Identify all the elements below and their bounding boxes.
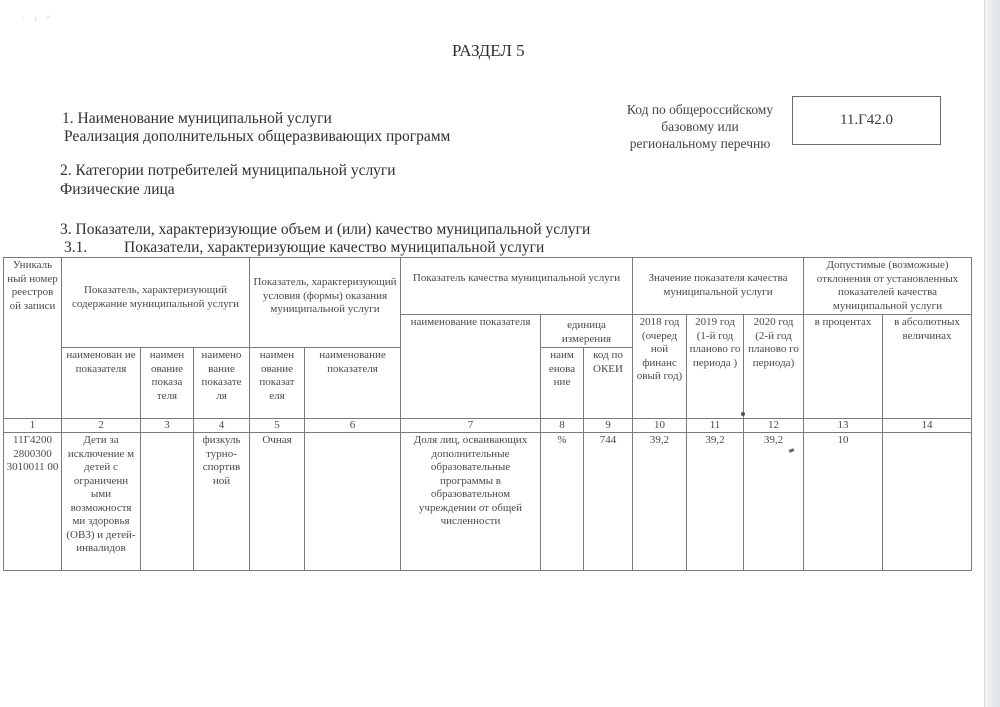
consumer-category: Физические лица [60, 181, 175, 199]
registry-code-label-line: региональному перечню [600, 135, 800, 152]
cell-unit: % [541, 433, 584, 571]
registry-code-label: Код по общероссийскому базовому или реги… [600, 101, 800, 152]
header-deviation-absolute: в абсолютных величинах [883, 315, 972, 419]
item2-heading: 2. Категории потребителей муниципальной … [60, 162, 396, 180]
header-deviation-percent: в процентах [804, 315, 883, 419]
header-condition-name-1: наимен ование показат еля [250, 348, 305, 419]
cell-value-2019: 39,2 [687, 433, 744, 571]
column-number: 1 [4, 419, 62, 433]
header-year-2020: 2020 год (2-й год планово го периода) [744, 315, 804, 419]
header-year-2018: 2018 год (очеред ной финанс овый год) [633, 315, 687, 419]
cell-deviation-percent: 10 [804, 433, 883, 571]
cell-value-2018: 39,2 [633, 433, 687, 571]
column-number: 9 [584, 419, 633, 433]
header-content-group: Показатель, характеризующий содержание м… [62, 258, 250, 348]
cell-condition-2 [305, 433, 401, 571]
header-unit-name: наим енова ние [541, 348, 584, 419]
header-unit-group: единица измерения [541, 315, 633, 348]
header-content-name-1: наименован ие показателя [62, 348, 141, 419]
scan-edge-shadow [984, 0, 1000, 707]
column-number: 5 [250, 419, 305, 433]
header-content-name-2: наимен ование показа теля [141, 348, 194, 419]
column-number: 12 [744, 419, 804, 433]
cell-content-2 [141, 433, 194, 571]
header-quality-name: наименование показателя [401, 315, 541, 419]
cell-content-3: физкуль турно-спортив ной [194, 433, 250, 571]
cell-content-1: Дети за исключение м детей с ограниченн … [62, 433, 141, 571]
header-conditions-group: Показатель, характеризующий условия (фор… [250, 258, 401, 348]
cell-registry-number: 11Г4200 2800300 3010011 00 [4, 433, 62, 571]
header-content-name-3: наимено вание показате ля [194, 348, 250, 419]
header-year-2019: 2019 год (1-й год планово го периода ) [687, 315, 744, 419]
scan-dot [741, 412, 745, 416]
header-quality-group: Показатель качества муниципальной услуги [401, 258, 633, 315]
item3-1-heading: Показатели, характеризующие качество мун… [124, 239, 544, 257]
cell-deviation-absolute [883, 433, 972, 571]
column-number: 10 [633, 419, 687, 433]
cell-condition-1: Очная [250, 433, 305, 571]
item3-heading: 3. Показатели, характеризующие объем и (… [60, 221, 590, 239]
column-number: 6 [305, 419, 401, 433]
column-number: 13 [804, 419, 883, 433]
column-number: 4 [194, 419, 250, 433]
registry-code-box: 11.Г42.0 [792, 96, 941, 145]
scan-artifact: · ı ° [22, 14, 54, 23]
registry-code-label-line: базовому или [600, 118, 800, 135]
column-number: 3 [141, 419, 194, 433]
cell-quality-indicator: Доля лиц, осваивающих дополнительные обр… [401, 433, 541, 571]
item3-1-number: 3.1. [64, 239, 87, 257]
registry-code-label-line: Код по общероссийскому [600, 101, 800, 118]
table-row: 11Г4200 2800300 3010011 00 Дети за исклю… [4, 433, 972, 571]
header-unit-okei: код по ОКЕИ [584, 348, 633, 419]
header-condition-name-2: наименование показателя [305, 348, 401, 419]
column-number: 8 [541, 419, 584, 433]
cell-value-2020: 39,2 [744, 433, 804, 571]
service-name: Реализация дополнительных общеразвивающи… [64, 128, 450, 146]
column-number: 14 [883, 419, 972, 433]
header-unique-number: Уникаль ный номер реестров ой записи [4, 258, 62, 419]
column-number: 7 [401, 419, 541, 433]
header-deviation-group: Допустимые (возможные) отклонения от уст… [804, 258, 972, 315]
section-title: РАЗДЕЛ 5 [452, 41, 525, 61]
column-number: 11 [687, 419, 744, 433]
quality-indicators-table: Уникаль ный номер реестров ой записи Пок… [3, 257, 972, 571]
item1-heading: 1. Наименование муниципальной услуги [62, 110, 332, 128]
column-number: 2 [62, 419, 141, 433]
header-value-group: Значение показателя качества муниципальн… [633, 258, 804, 315]
cell-okei-code: 744 [584, 433, 633, 571]
